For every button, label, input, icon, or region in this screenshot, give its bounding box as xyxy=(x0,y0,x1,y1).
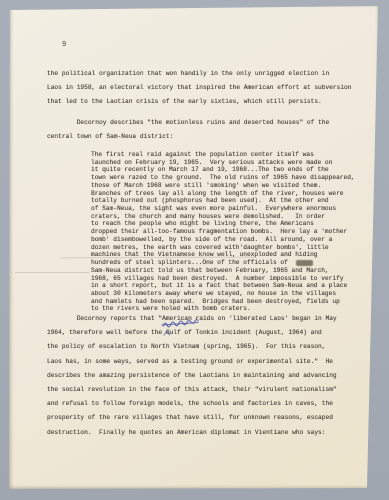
text-line: 1968, 65 villages had been destroyed. A … xyxy=(91,275,355,283)
text-line-segment: hundreds of steel splinters...One of the… xyxy=(91,259,288,266)
text-line: dropped their all-too-famous fragmentati… xyxy=(91,228,355,236)
text-line: totally burned out (phosphorus had been … xyxy=(91,197,355,205)
paragraph-decornoy-describes: Decornoy describes "the motionless ruins… xyxy=(47,116,329,144)
caret-mark xyxy=(164,331,170,335)
text-line: town were razed to the ground. The old r… xyxy=(91,174,355,182)
text-line: and hamlets had been spared. Bridges had… xyxy=(91,298,355,306)
text-line: about 30 kilometers away where we stayed… xyxy=(91,290,355,298)
text-line: Decornoy describes "the motionless ruins… xyxy=(47,116,329,130)
text-line: hundreds of steel splinters...One of the… xyxy=(91,259,355,267)
text-line: Sam-Neua district told us that between F… xyxy=(91,267,355,275)
text-line: dozen metres, the earth was covered with… xyxy=(91,244,355,252)
text-line: Laos in 1958, an electoral victory that … xyxy=(47,81,351,95)
text-line: Laos has, in some ways, served as a test… xyxy=(47,355,337,369)
text-line: craters, the church and many houses were… xyxy=(91,213,355,221)
text-line: prosperity of the rare villages that hav… xyxy=(47,411,337,425)
text-line: the political organization that won hand… xyxy=(47,67,351,81)
block-quote-sam-neua-raid: The first real raid against the populati… xyxy=(91,151,355,313)
text-line: the social revolution in the face of thi… xyxy=(47,383,337,397)
handwritten-correction-annotation xyxy=(159,308,209,338)
text-line: in a short report, but it is a fact that… xyxy=(91,282,355,290)
text-line: bomb' disembowelled, by the side of the … xyxy=(91,236,355,244)
text-line: The first real raid against the populati… xyxy=(91,151,355,159)
text-line: of Sam-Neua, the sight was even more pai… xyxy=(91,205,355,213)
text-line: those of March 1968 were still 'smoking'… xyxy=(91,182,355,190)
ink-smudge xyxy=(296,260,313,266)
scanned-document-page: 9 the political organization that won ha… xyxy=(0,0,389,500)
text-line: it quite recently on March 17 and 19, 19… xyxy=(91,166,355,174)
text-line: launched on February 19, 1965. Very seri… xyxy=(91,159,355,167)
page-number: 9 xyxy=(62,41,66,49)
text-line: the policy of escalation to North Vietna… xyxy=(47,340,337,354)
paper-crease xyxy=(15,272,89,273)
paragraph-political-organization: the political organization that won hand… xyxy=(47,67,351,109)
text-line: to reach the people who might be living … xyxy=(91,220,355,228)
text-line: and refusal to follow foreign models, th… xyxy=(47,397,337,411)
text-line: central town of Sam-Neua district: xyxy=(47,130,329,144)
paper: 9 the political organization that won ha… xyxy=(9,5,379,489)
text-line: Branches of trees lay all along the leng… xyxy=(91,190,355,198)
text-line: describes the amazing persistence of the… xyxy=(47,369,337,383)
text-line: that led to the Laotian crisis of the ea… xyxy=(47,95,351,109)
text-line: destruction. Finally he quotes an Americ… xyxy=(47,426,337,440)
